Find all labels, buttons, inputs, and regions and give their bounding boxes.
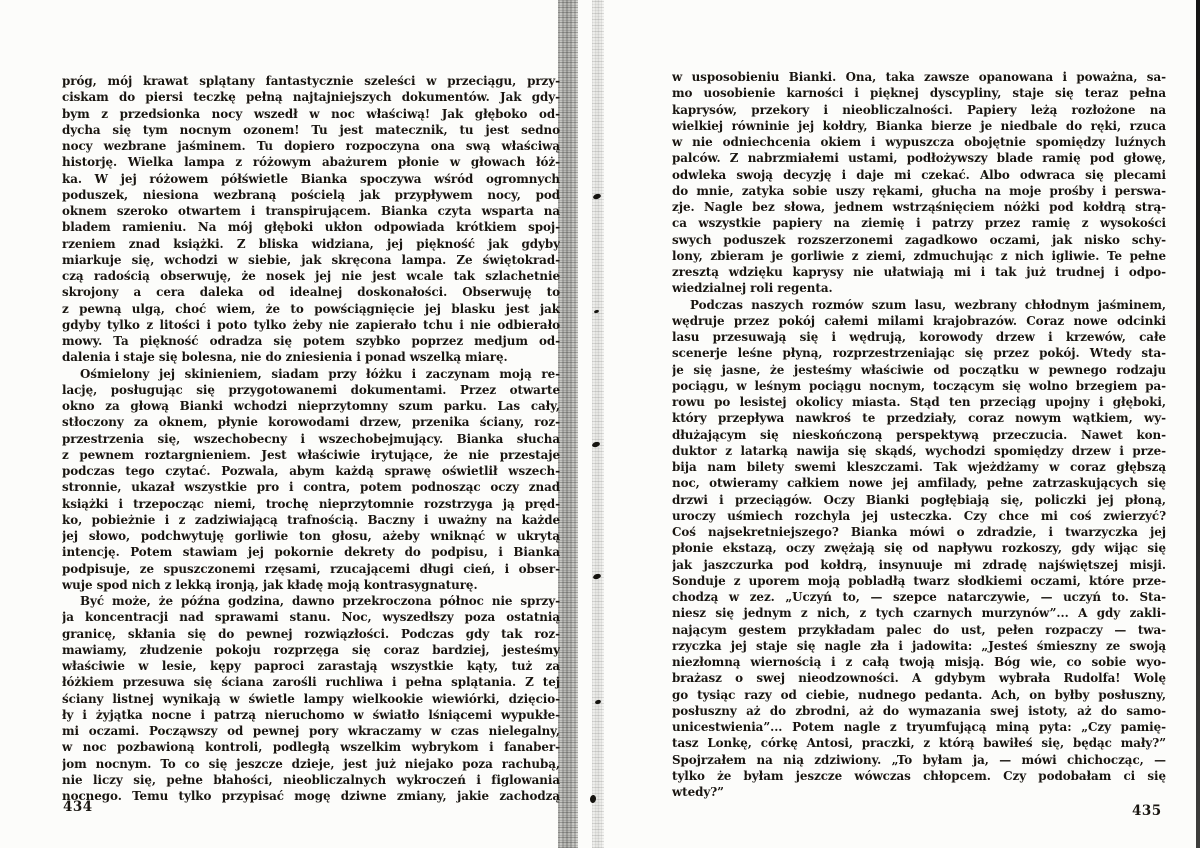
text-line: tylko że byłam jeszcze wówczas chłopcem.… <box>672 768 1166 784</box>
text-line: podpisuje, ze spuszczonemi rzęsami, rzuc… <box>62 561 560 577</box>
text-line: ściany listnej wynikają w świetle lampy … <box>62 691 560 707</box>
text-line: książki i trzepocząc niemi, trochę niepr… <box>62 496 560 512</box>
text-line: zresztą wdzięku kaprysy nie ułatwiają mi… <box>672 264 1166 280</box>
text-line: gdyby tylko z litości i poto tylko żeby … <box>62 317 560 333</box>
text-line: stłoczony za oknem, płynie korowodami dr… <box>62 414 560 430</box>
text-line: lony, zbieram je gorliwie z ziemi, zdmuc… <box>672 248 1166 264</box>
text-line: dłużającym się nieskończoną perspektywą … <box>672 427 1166 443</box>
text-line: Być może, że późna godzina, dawno przekr… <box>62 593 560 609</box>
text-line: brażasz o swej nieodzowności. A gdybym w… <box>672 670 1166 686</box>
text-line: z pewnem roztargnieniem. Jest właściwie … <box>62 447 560 463</box>
text-line: duktor z latarką nawija się skądś, wycho… <box>672 443 1166 459</box>
text-line: dycha się tym nocnym ozonem! Tu jest mat… <box>62 122 560 138</box>
text-line: który przepływa nawkroś te przedziały, c… <box>672 410 1166 426</box>
text-line: z pewną ulgą, choć wiem, że to powściągn… <box>62 301 560 317</box>
text-line: mo uosobienie karności i pięknej dyscypl… <box>672 85 1166 101</box>
text-line: palców. Z nabrzmiałemi ustami, podłożyws… <box>672 150 1166 166</box>
text-line: jom nocnym. To co się jeszcze dzieje, je… <box>62 756 560 772</box>
text-line: Podczas naszych rozmów szum lasu, wezbra… <box>672 297 1166 313</box>
text-line: uroczy uśmiech rozchyla jej usteczka. Cz… <box>672 508 1166 524</box>
text-line: okno za głową Bianki wchodzi nieprzytomn… <box>62 398 560 414</box>
text-line: jej słowo, podchwytuję gorliwie ton głos… <box>62 528 560 544</box>
text-line: mi oczami. Począwszy od pewnej pory wkra… <box>62 723 560 739</box>
text-line: drzwi i przeciągów. Oczy Bianki pogłębia… <box>672 492 1166 508</box>
text-line: bija nam bilety swemi kleszczami. Tak wj… <box>672 459 1166 475</box>
text-line: swych poduszek rozszerzonemi zagadkowo o… <box>672 232 1166 248</box>
text-line: Sonduje z uporem moją pobladłą twarz sło… <box>672 573 1166 589</box>
text-line: posłuszny aż do zbrodni, aż do wymazania… <box>672 703 1166 719</box>
text-line: wuje spod nich z lekką ironją, jak kładę… <box>62 577 560 593</box>
text-line: wiedzialnej roli regenta. <box>672 280 1166 296</box>
text-line: dalenia i staje się bolesna, nie do znie… <box>62 349 560 365</box>
text-line: poduszek, niesiona wezbraną pościelą jak… <box>62 187 560 203</box>
text-line: ca wszystkie papiery na ziemię i patrzy … <box>672 215 1166 231</box>
text-line: niezłomną wiernością i z całą twoją misj… <box>672 654 1166 670</box>
left-page-text: próg, mój krawat splątany fantastycznie … <box>62 73 560 804</box>
text-line: skrojony a cera daleka od idealnej dosko… <box>62 284 560 300</box>
text-line: wielkiej równinie jej kołdry, Bianka bie… <box>672 118 1166 134</box>
book-gutter-shadow <box>558 0 578 848</box>
text-line: właściwie w lesie, kępy paproci zarastaj… <box>62 658 560 674</box>
text-line: rzeniem znad książki. Z bliska widziana,… <box>62 236 560 252</box>
text-line: jak jaszczurka pod kołdrą, insynuuje mi … <box>672 557 1166 573</box>
text-line: zje. Nagle bez słowa, jednem wstrząśnięc… <box>672 199 1166 215</box>
text-line: tasz Lonkę, córkę Antosi, praczki, z któ… <box>672 735 1166 751</box>
text-line: ły i żyjątka nocne i patrzą nieruchomo w… <box>62 707 560 723</box>
text-line: bym z przedsionka nocy wszedł w noc właś… <box>62 106 560 122</box>
text-line: w noc pozbawioną kontroli, podległą wsze… <box>62 739 560 755</box>
text-line: nającym gestem przykładam palec do ust, … <box>672 622 1166 638</box>
text-line: Spojrzałem na nią zdziwiony. „To byłam j… <box>672 752 1166 768</box>
text-line: historję. Wielka lampa z różowym abażure… <box>62 154 560 170</box>
text-line: ciskam do piersi teczkę pełną najtajniej… <box>62 89 560 105</box>
text-line: do mnie, zatyka sobie uszy rękami, głuch… <box>672 183 1166 199</box>
text-line: Coś najsekretniejszego? Bianka mówi o zd… <box>672 524 1166 540</box>
text-line: bladem ramieniu. Na mój głęboki ukłon od… <box>62 219 560 235</box>
text-line: Ośmielony jej skinieniem, siadam przy łó… <box>62 366 560 382</box>
text-line: rzyczka jej staje się nagle zła i jadowi… <box>672 638 1166 654</box>
text-line: stronnie, ukazał wszystkie pro i contra,… <box>62 479 560 495</box>
text-line: chodzą w zez. „Uczyń to, — szepce natarc… <box>672 589 1166 605</box>
page-number-right: 435 <box>1132 803 1162 819</box>
right-page-text: w usposobieniu Bianki. Ona, taka zawsze … <box>672 69 1166 800</box>
text-line: miarkuje się, wchodzi w siebie, jak skrę… <box>62 252 560 268</box>
text-line: intencję. Potem stawiam jej pokornie dek… <box>62 544 560 560</box>
text-line: ka. W jej różowem półświetle Bianka spoc… <box>62 171 560 187</box>
text-line: oknem szeroko otwartem i transpirującem.… <box>62 203 560 219</box>
book-scan-spread: próg, mój krawat splątany fantastycznie … <box>0 0 1200 848</box>
text-line: płonie ekstazą, oczy zwężają się od napł… <box>672 540 1166 556</box>
text-line: ja koncentracji nad sprawami stanu. Noc,… <box>62 609 560 625</box>
text-line: nie liczy się, pełne błahości, nieoblicz… <box>62 772 560 788</box>
text-line: scenerje leśne płyną, rozprzestrzeniając… <box>672 345 1166 361</box>
text-line: łóżkiem przesuwa się ściana zarośli ruch… <box>62 674 560 690</box>
text-line: unicestwienia”... Potem nagle z tryumfuj… <box>672 719 1166 735</box>
text-line: mowy. Ta piękność odradza się potem szyb… <box>62 333 560 349</box>
text-line: czą radością obserwuję, że nosek jej nie… <box>62 268 560 284</box>
text-line: go tysiąc razy od ciebie, nudnego pedant… <box>672 687 1166 703</box>
text-line: niesz się jednym z nich, z tych czarnych… <box>672 605 1166 621</box>
text-line: nocnego. Temu tylko przypisać mogę dziwn… <box>62 788 560 804</box>
text-line: je się jasne, że jesteśmy właściwie od p… <box>672 362 1166 378</box>
text-line: próg, mój krawat splątany fantastycznie … <box>62 73 560 89</box>
text-line: wtedy?” <box>672 784 1166 800</box>
page-number-left: 434 <box>63 799 93 815</box>
scan-edge-border <box>1196 0 1200 848</box>
text-line: odwleka swoją decyzję i daje mi czekać. … <box>672 167 1166 183</box>
text-line: przestrzenia się, wszechobecny i wszecho… <box>62 431 560 447</box>
text-line: podczas tego czytać. Pozwala, abym każdą… <box>62 463 560 479</box>
text-line: w usposobieniu Bianki. Ona, taka zawsze … <box>672 69 1166 85</box>
text-line: w nie odniechcenia okiem i wypuszcza obo… <box>672 134 1166 150</box>
text-line: noc, otwieramy całkiem nowe jej amfilady… <box>672 475 1166 491</box>
text-line: kaprysów, przekory i nieobliczalności. P… <box>672 102 1166 118</box>
text-line: nocy wezbrane jaśminem. Tu dopiero rozpo… <box>62 138 560 154</box>
text-line: lację, posługując się przygotowanemi dok… <box>62 382 560 398</box>
text-line: ko, pobieżnie i z zadziwiającą trafności… <box>62 512 560 528</box>
text-line: mawiamy, złudzenie pokoju rozprzęga się … <box>62 642 560 658</box>
book-binding-edge <box>592 0 604 848</box>
text-line: wędruje przez pokój całemi milami krajob… <box>672 313 1166 329</box>
text-line: rowu po lesistej okolicy miasta. Stąd te… <box>672 394 1166 410</box>
text-line: lasu przesuwają się i wędrują, korowody … <box>672 329 1166 345</box>
text-line: pociągu, w leśnym pociągu nocnym, tocząc… <box>672 378 1166 394</box>
text-line: granicę, skłania się do pewnej rozwiązło… <box>62 626 560 642</box>
